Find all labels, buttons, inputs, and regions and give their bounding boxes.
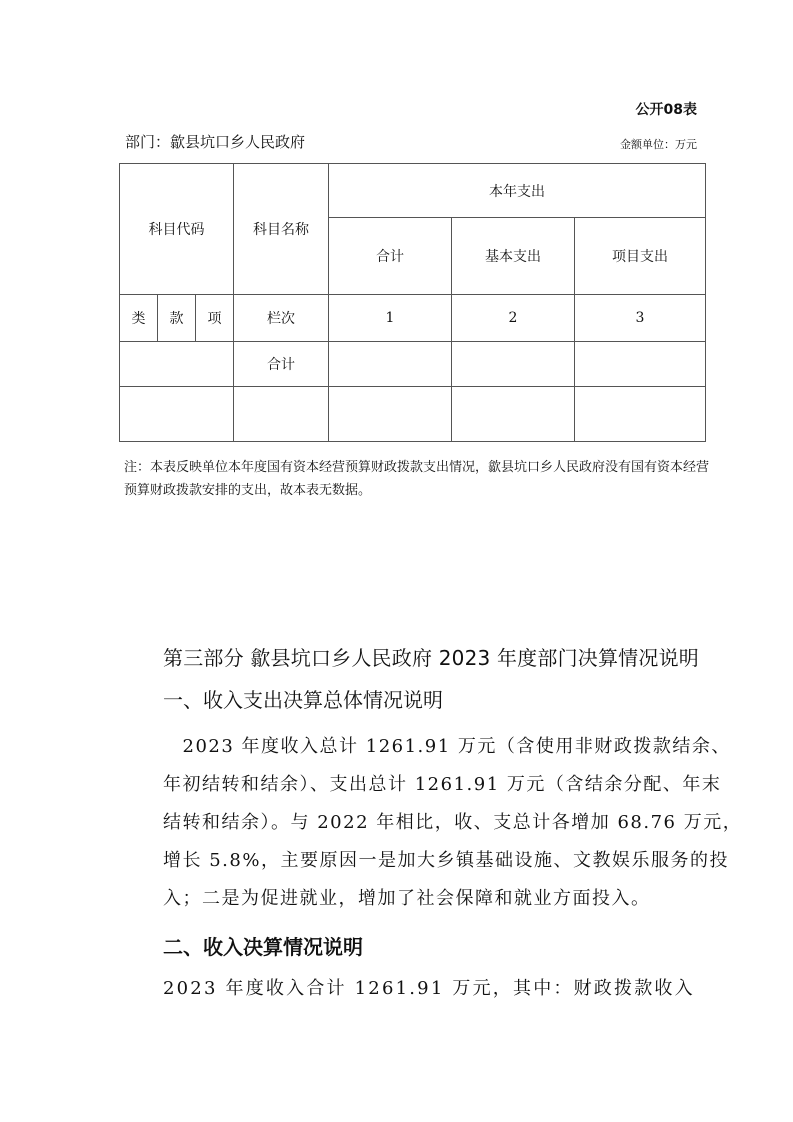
code-section: 款 <box>158 295 196 342</box>
paragraph-line: 年初结转和结余）、支出总计 1261.91 万元（含结余分配、年末 <box>163 766 718 804</box>
blank-code-cell <box>120 387 234 442</box>
paragraph-line: 2023 年度收入总计 1261.91 万元（含使用非财政拨款结余、 <box>163 728 718 766</box>
header-subject-code: 科目代码 <box>120 164 234 295</box>
table-row-index: 类 款 项 栏次 1 2 3 <box>120 295 706 342</box>
table-number: 公开08表 <box>636 99 697 119</box>
blank-value-2 <box>452 387 575 442</box>
header-total: 合计 <box>329 218 452 295</box>
row-index-3: 3 <box>575 295 706 342</box>
paragraph-line: 增长 5.8%，主要原因一是加大乡镇基础设施、文教娱乐服务的投 <box>163 842 718 880</box>
expense-table: 科目代码 科目名称 本年支出 合计 基本支出 项目支出 类 款 项 栏次 1 2… <box>119 163 706 442</box>
total-value-3 <box>575 342 706 387</box>
blank-value-3 <box>575 387 706 442</box>
header-subject-name: 科目名称 <box>234 164 329 295</box>
department-label: 部门：歙县坑口乡人民政府 <box>125 131 305 152</box>
row-index-label: 栏次 <box>234 295 329 342</box>
table-row-blank <box>120 387 706 442</box>
amount-unit-label: 金额单位：万元 <box>620 136 697 152</box>
header-basic-expense: 基本支出 <box>452 218 575 295</box>
code-class: 类 <box>120 295 158 342</box>
part-title: 第三部分 歙县坑口乡人民政府 2023 年度部门决算情况说明 <box>163 642 699 671</box>
header-current-year-expense: 本年支出 <box>329 164 706 218</box>
paragraph-income-summary: 2023 年度收入合计 1261.91 万元，其中：财政拨款收入 <box>163 974 695 1000</box>
total-value-1 <box>329 342 452 387</box>
blank-name-cell <box>234 387 329 442</box>
header-project-expense: 项目支出 <box>575 218 706 295</box>
heading-income-summary: 二、收入决算情况说明 <box>163 931 363 960</box>
code-item: 项 <box>196 295 234 342</box>
table-note: 注：本表反映单位本年度国有资本经营预算财政拨款支出情况，歙县坑口乡人民政府没有国… <box>124 456 709 502</box>
row-index-2: 2 <box>452 295 575 342</box>
table-row-total: 合计 <box>120 342 706 387</box>
total-code-cell <box>120 342 234 387</box>
heading-overall-summary: 一、收入支出决算总体情况说明 <box>163 684 443 713</box>
blank-value-1 <box>329 387 452 442</box>
total-value-2 <box>452 342 575 387</box>
total-row-label: 合计 <box>234 342 329 387</box>
paragraph-line: 入；二是为促进就业，增加了社会保障和就业方面投入。 <box>163 880 718 918</box>
paragraph-overall-summary: 2023 年度收入总计 1261.91 万元（含使用非财政拨款结余、 年初结转和… <box>163 728 718 918</box>
paragraph-line: 结转和结余）。与 2022 年相比，收、支总计各增加 68.76 万元， <box>163 804 718 842</box>
row-index-1: 1 <box>329 295 452 342</box>
